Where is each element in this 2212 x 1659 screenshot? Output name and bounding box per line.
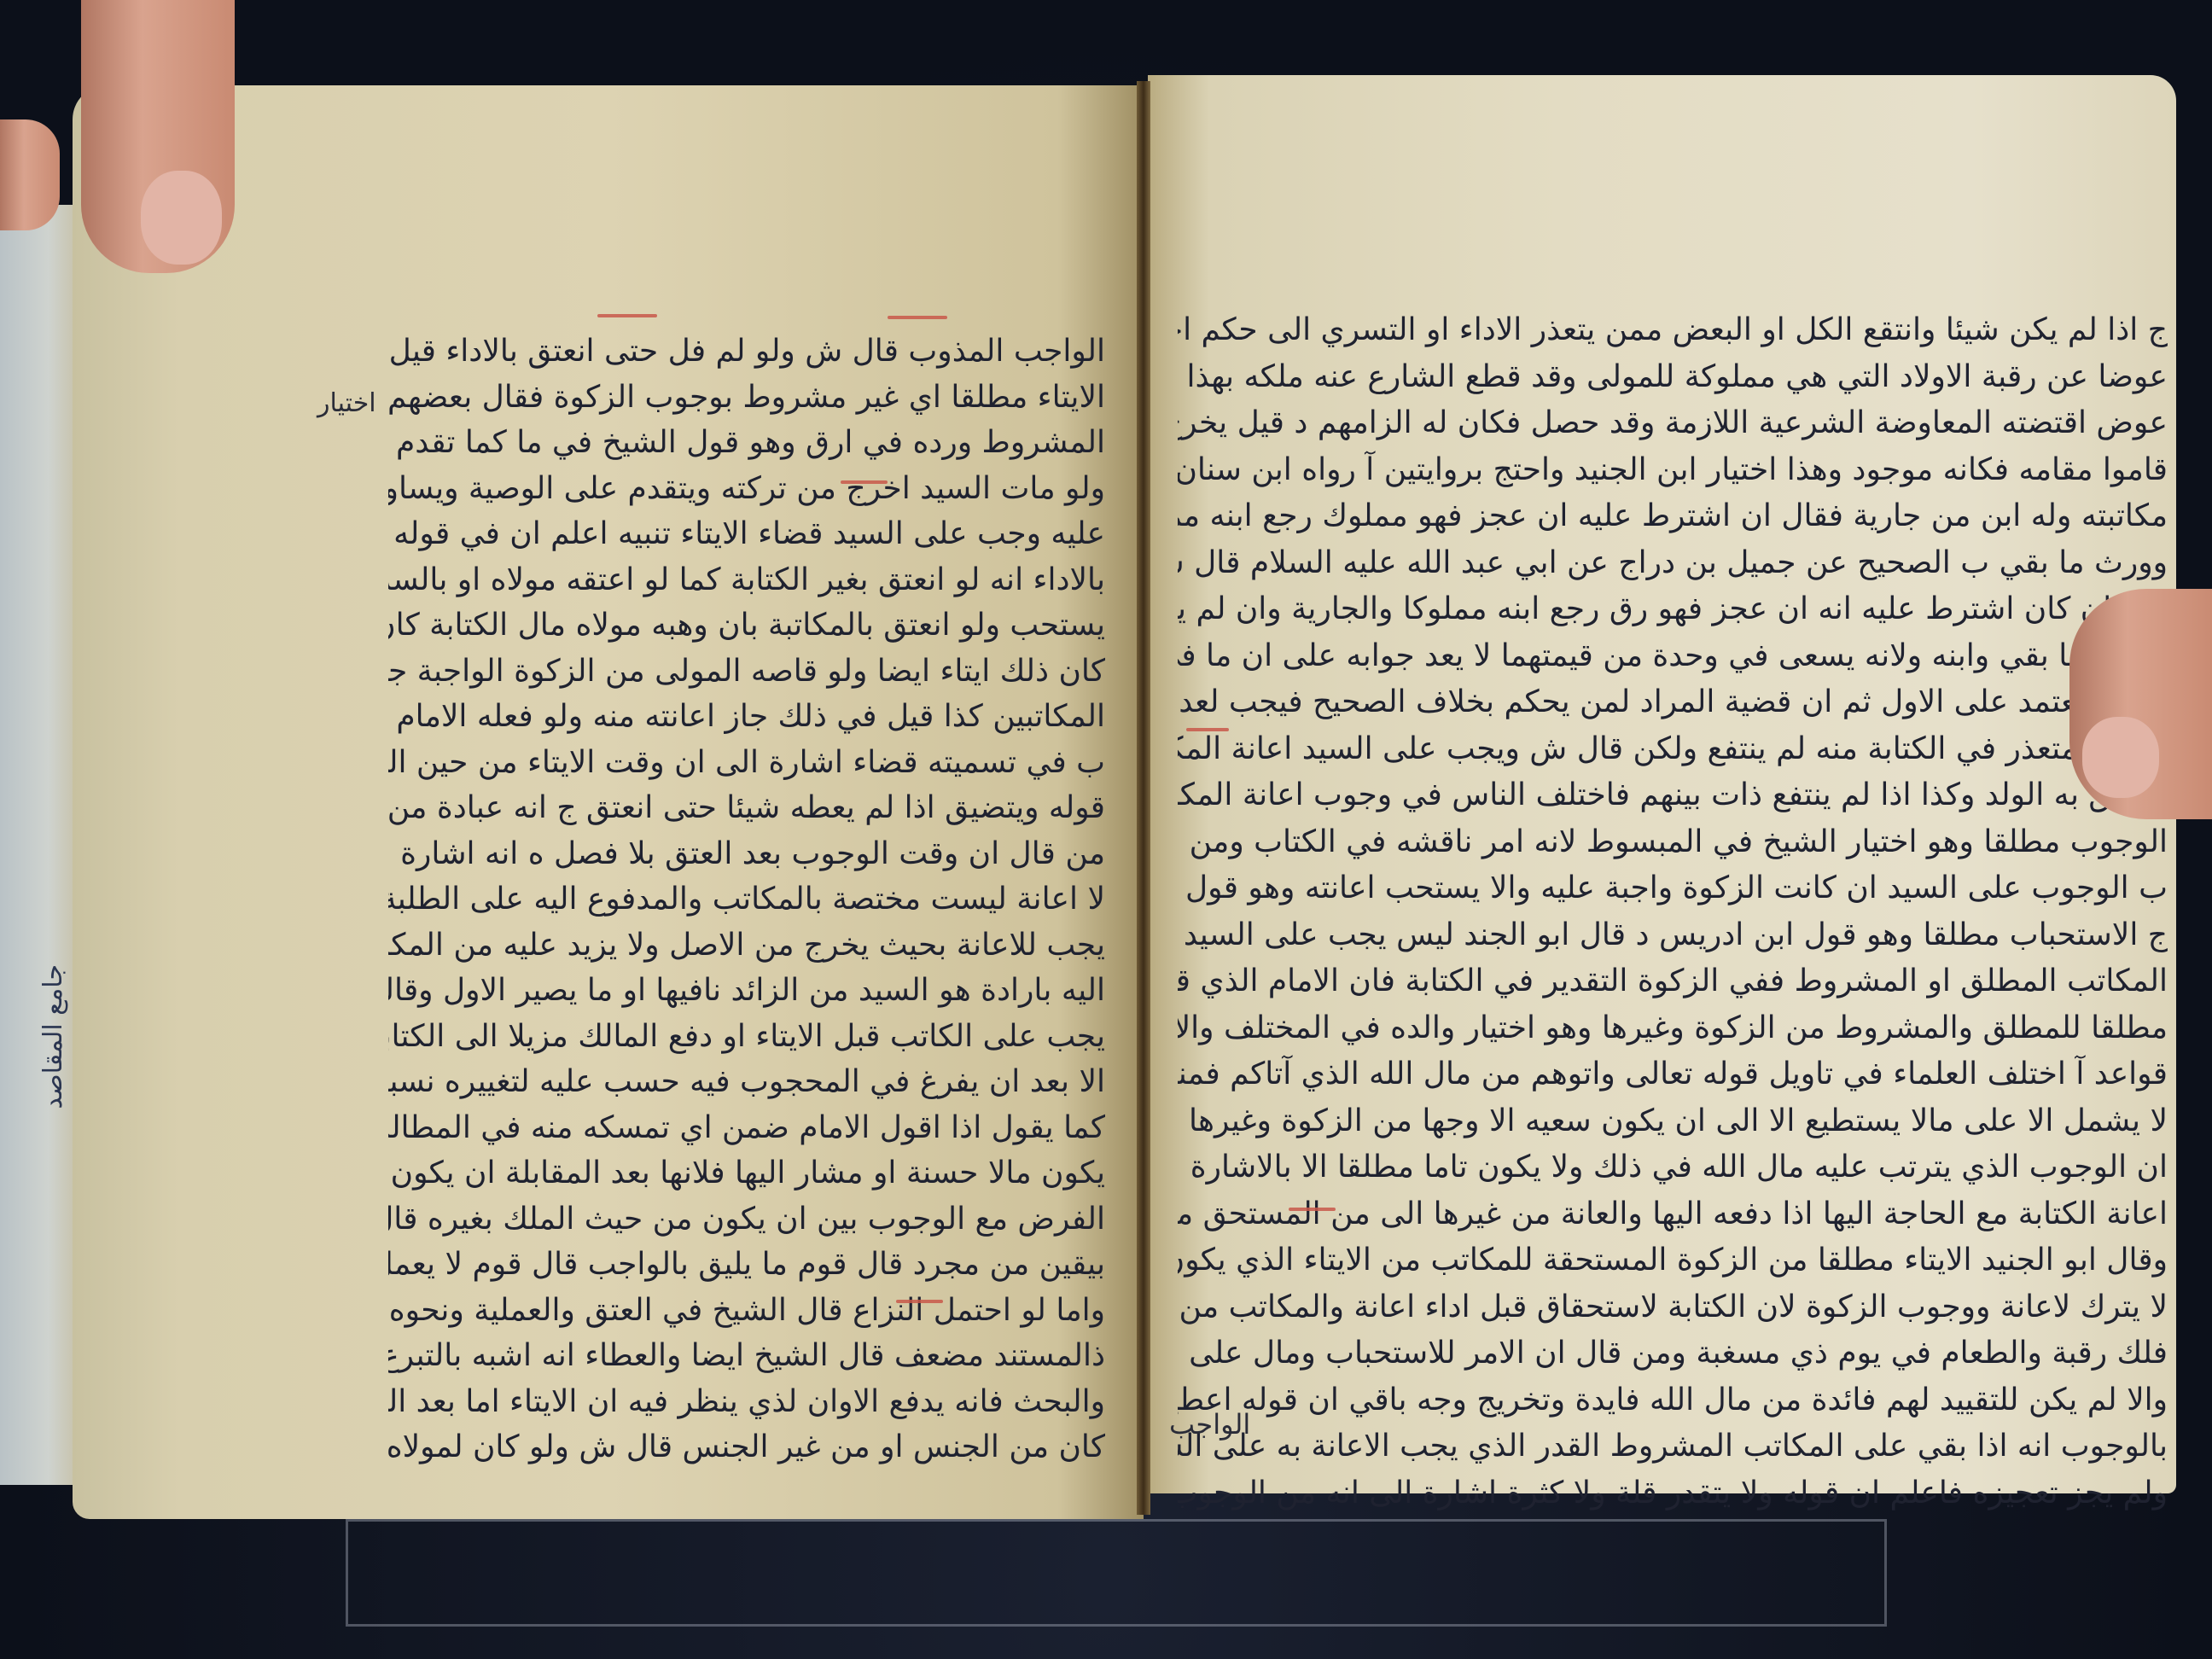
text-line: الفرض مع الوجوب بين ان يكون من حيث الملك… xyxy=(388,1196,1105,1243)
text-line: بالوجوب انه اذا بقي على المكاتب المشروط … xyxy=(1178,1423,2168,1470)
rubric-mark xyxy=(888,316,947,319)
text-line: عوض اقتضته المعاوضة الشرعية اللازمة وقد … xyxy=(1178,400,2168,447)
text-line: كما يقول اذا اقول الامام ضمن اي تمسكه من… xyxy=(388,1105,1105,1151)
text-line: الواجب المذوب قال ش ولو لم فل حتى انعتق … xyxy=(388,329,1105,375)
text-line: قال ان كان اشترط عليه انه ان عجز فهو رق … xyxy=(1178,586,2168,633)
text-line: ولم يجز تعجيزه فاعلم ان قوله ولا يتقدر ق… xyxy=(1178,1470,2168,1517)
text-line: لا يشمل الا على مالا يستطيع الا الى ان ي… xyxy=(1178,1098,2168,1145)
text-line: المكاتب المطلق او المشروط ففي الزكوة الت… xyxy=(1178,958,2168,1005)
text-line: ج الاستحباب مطلقا وهو قول ابن ادريس د قا… xyxy=(1178,912,2168,959)
text-line: وورث ما بقي ب الصحيح عن جميل بن دراج عن … xyxy=(1178,540,2168,587)
text-line: ان الوجوب الذي يترتب عليه مال الله في ذل… xyxy=(1178,1144,2168,1191)
text-line: فلك رقبة والطعام في يوم ذي مسغبة ومن قال… xyxy=(1178,1330,2168,1377)
text-line: يجب للاعانة بحيث يخرج من الاصل ولا يزيد … xyxy=(388,923,1105,969)
edge-inscription: جامع المقاصد xyxy=(38,964,68,1109)
text-line: قوله ويتضيق اذا لم يعطه شيئا حتى انعتق ج… xyxy=(388,785,1105,831)
text-line: اعانة الكتابة مع الحاجة اليها اذا دفعه ا… xyxy=(1178,1191,2168,1238)
thumbnail xyxy=(2082,717,2159,798)
thumbnail xyxy=(141,171,222,265)
cloth-stitched-line xyxy=(346,1519,1887,1627)
text-line: عوضا عن رقبة الاولاد التي هي مملوكة للمو… xyxy=(1178,354,2168,401)
text-line: يكون مالا حسنة او مشار اليها فلانها بعد … xyxy=(388,1150,1105,1196)
text-line: قواعد آ اختلف العلماء في تاويل قوله تعال… xyxy=(1178,1051,2168,1098)
text-line: يستحب ولو انعتق بالمكاتبة بان وهبه مولاه… xyxy=(388,602,1105,649)
rubric-mark xyxy=(841,480,888,484)
text-line: وورث ما بقي وابنه ولانه يسعى في وحدة من … xyxy=(1178,633,2168,680)
text-line: يجب على الكاتب قبل الايتاء او دفع المالك… xyxy=(388,1014,1105,1060)
text-line: واما لو احتمل النزاع قال الشيخ في العتق … xyxy=(388,1288,1105,1334)
text-line: اعانه المتعذر في الكتابة منه لم ينتفع ول… xyxy=(1178,726,2168,773)
rubric-mark xyxy=(1186,728,1229,731)
text-line: والا لم يكن للتقييد لهم فائدة من مال الل… xyxy=(1178,1377,2168,1424)
left-thumb xyxy=(81,0,235,273)
text-line: من قال ان وقت الوجوب بعد العتق بلا فصل ه… xyxy=(388,831,1105,877)
text-line: المشروط ورده في ارق وهو قول الشيخ في ما … xyxy=(388,420,1105,466)
text-line: الايتاء مطلقا اي غير مشروط بوجوب الزكوة … xyxy=(388,375,1105,421)
catchword: الواجب xyxy=(1169,1408,1250,1441)
page-block-edge: جامع المقاصد xyxy=(0,205,81,1485)
text-line: قال المعتمد على الاول ثم ان قضية المراد … xyxy=(1178,679,2168,726)
rubric-mark xyxy=(597,314,657,317)
text-line: المكاتبين كذا قيل في ذلك جاز اعانته منه … xyxy=(388,694,1105,740)
rubric-mark xyxy=(896,1300,943,1303)
text-line: اليه بارادة هو السيد من الزائد نافيها او… xyxy=(388,968,1105,1014)
text-line: الوجوب مطلقا وهو اختيار الشيخ في المبسوط… xyxy=(1178,819,2168,866)
right-page-text: ج اذا لم يكن شيئا وانتقع الكل او البعض م… xyxy=(1178,307,2168,1516)
text-line: ذالمستند مضعف قال الشيخ ايضا والعطاء انه… xyxy=(388,1333,1105,1379)
marginal-note: اختيار xyxy=(317,388,376,418)
text-line: ب في تسميته قضاء اشارة الى ان وقت الايتا… xyxy=(388,740,1105,786)
text-line: لا يترك لاعانة ووجوب الزكوة لان الكتابة … xyxy=(1178,1284,2168,1331)
text-line: وقال ابو الجنيد الايتاء مطلقا من الزكوة … xyxy=(1178,1237,2168,1284)
rubric-mark xyxy=(1289,1208,1336,1211)
text-line: بالاداء انه لو انعتق بغير الكتابة كما لو… xyxy=(388,557,1105,603)
text-line: قاموا مقامه فكانه موجود وهذا اختيار ابن … xyxy=(1178,447,2168,494)
right-thumb xyxy=(2069,589,2212,819)
text-line: مكاتبته وله ابن من جارية فقال ان اشترط ع… xyxy=(1178,493,2168,540)
text-line: مطلقا للمطلق والمشروط من الزكوة وغيرها و… xyxy=(1178,1005,2168,1052)
text-line: الا بعد ان يفرغ في المحجوب فيه حسب عليه … xyxy=(388,1059,1105,1105)
text-line: كان ذلك ايتاء ايضا ولو قاصه المولى من ال… xyxy=(388,649,1105,695)
text-line: بيقين من مجرد قال قوم ما يليق بالواجب قا… xyxy=(388,1242,1105,1288)
text-line: والبحث فانه يدفع الاوان لذي ينظر فيه ان … xyxy=(388,1379,1105,1425)
text-line: ب الوجوب على السيد ان كانت الزكوة واجبة … xyxy=(1178,865,2168,912)
book-spine-gutter xyxy=(1137,81,1150,1515)
text-line: عليه وجب على السيد قضاء الايتاء تنبيه اع… xyxy=(388,511,1105,557)
left-finger xyxy=(0,119,60,230)
left-page-text: الواجب المذوب قال ش ولو لم فل حتى انعتق … xyxy=(388,329,1105,1470)
text-line: لا اعانة ليست مختصة بالمكاتب والمدفوع ال… xyxy=(388,876,1105,923)
text-line: ويلحق به الولد وكذا اذا لم ينتفع ذات بين… xyxy=(1178,772,2168,819)
text-line: ج اذا لم يكن شيئا وانتقع الكل او البعض م… xyxy=(1178,307,2168,354)
text-line: كان من الجنس او من غير الجنس قال ش ولو ك… xyxy=(388,1424,1105,1470)
text-line: ولو مات السيد اخرج من تركته ويتقدم على ا… xyxy=(388,466,1105,512)
